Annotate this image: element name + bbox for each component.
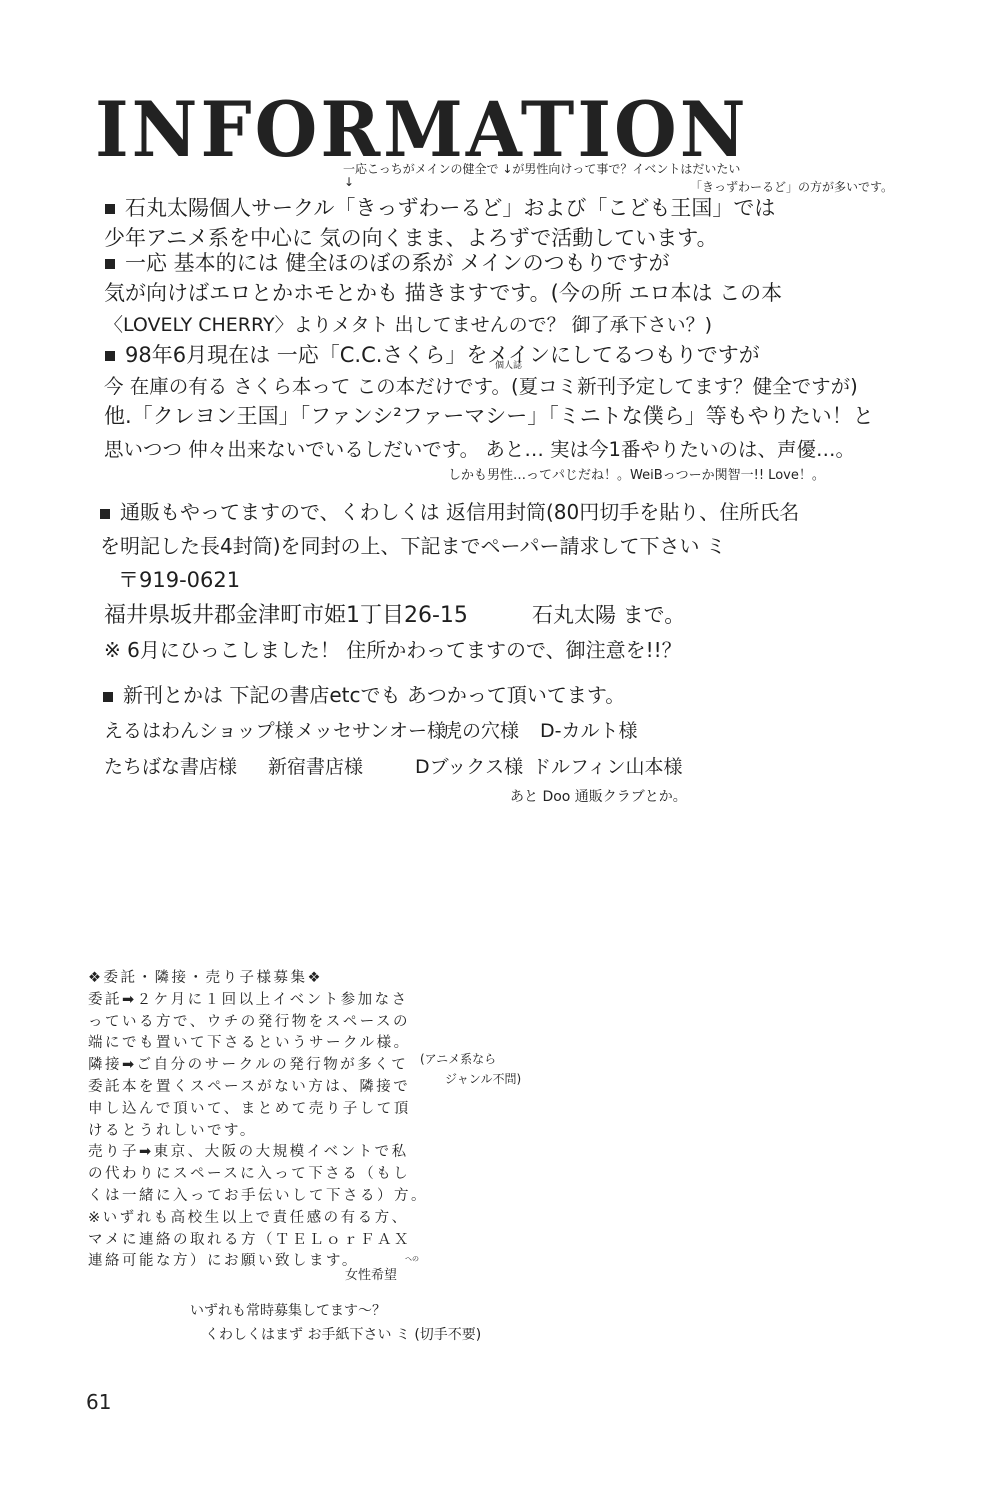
ruby-annotation: 個人誌: [495, 362, 522, 371]
footer-note-2: くわしくはまず お手紙下さい ミ (切手不要): [205, 1324, 481, 1344]
handwritten-note-3: 女性希望: [345, 1264, 397, 1283]
paragraph-1-line-2: 少年アニメ系を中心に 気の向くまま、よろずで活動しています。: [104, 228, 718, 249]
bullet-icon: [105, 204, 115, 214]
paragraph-4-line-1: 通販もやってますので、くわしくは 返信用封筒(80円切手を貼り、住所氏名: [100, 502, 799, 522]
paragraph-2-line-3: 〈LOVELY CHERRY〉よりメタト 出してませんので？ 御了承下さい？): [104, 316, 712, 335]
handwritten-note-2: ジャンル不問): [445, 1070, 521, 1087]
store-5: たちばな書店様: [104, 758, 237, 777]
recruitment-line: くは一緒に入ってお手伝いして下さる）方。: [88, 1186, 428, 1208]
page-title: INFORMATION: [95, 92, 749, 168]
paragraph-4-line-2: を明記した長4封筒)を同封の上、下記までペーパー請求して下さい ミ: [100, 536, 726, 556]
store-1: えるはわんショップ様: [104, 722, 294, 741]
annotation-note-1: 一応こっちがメインの健全で ↓が男性向けって事で？イベントはだいたい: [343, 163, 740, 175]
recruitment-line: 隣接➡ご自分のサークルの発行物が多くて: [88, 1055, 428, 1077]
store-6: 新宿書店様: [268, 758, 363, 777]
address-recipient: 石丸太陽 まで。: [532, 605, 685, 626]
address-notice: ※ 6月にひっこしました！ 住所かわってますので、御注意を!!？: [104, 640, 682, 660]
store-8: ドルフィン山本様: [532, 758, 682, 777]
recruitment-heading: ❖委託・隣接・売り子様募集❖: [88, 968, 428, 990]
recruitment-line: 売り子➡東京、大阪の大規模イベントで私: [88, 1142, 428, 1164]
paragraph-3-line-4: 思いつつ 仲々出来ないでいるしだいです。 あと… 実は今1番やりたいのは、声優……: [104, 440, 855, 460]
annotation-note-2: 「きっずわーるど」の方が多いです。: [690, 181, 893, 193]
bullet-icon: [105, 351, 115, 361]
paragraph-2-line-1: 一応 基本的には 健全ほのぼの系が メインのつもりですが: [105, 253, 670, 274]
recruitment-section: ❖委託・隣接・売り子様募集❖ 委託➡２ケ月に１回以上イベント参加なさ っている方…: [88, 968, 428, 1273]
side-note: しかも男性…ってパじだね！。WeiBっつーか関智一!! Love！。: [448, 469, 825, 482]
paragraph-2-line-2: 気が向けばエロとかホモとかも 描きますです。(今の所 エロ本は この本: [104, 283, 782, 304]
recruitment-line: 委託本を置くスペースがない方は、隣接で: [88, 1077, 428, 1099]
paragraph-1-line-1: 石丸太陽個人サークル「きっずわーるど」および「こども王国」では: [105, 198, 775, 219]
address-line: 福井県坂井郡金津町市姫1丁目26-15: [104, 605, 468, 627]
paragraph-3-line-3: 他.「クレヨン王国」「ファンシ²ファーマシー」「ミニトな僕ら」等もやりたい！と: [104, 406, 874, 427]
recruitment-line: ※いずれも高校生以上で責任感の有る方、: [88, 1208, 428, 1230]
recruitment-line: 委託➡２ケ月に１回以上イベント参加なさ: [88, 990, 428, 1012]
bullet-icon: [100, 509, 110, 519]
handwritten-note-3-ruby: への: [405, 1254, 419, 1264]
recruitment-line: の代わりにスペースに入って下さる（もし: [88, 1164, 428, 1186]
recruitment-line: っている方で、ウチの発行物をスペースの: [88, 1012, 428, 1034]
postal-code: 〒919-0621: [118, 570, 240, 591]
recruitment-line: マメに連絡の取れる方（ＴＥＬｏｒＦＡＸ: [88, 1230, 428, 1252]
footer-note-1: いずれも常時募集してます～？: [190, 1300, 386, 1320]
store-3: 虎の穴様: [443, 722, 519, 741]
store-extra-note: あと Doo 通販クラブとか。: [510, 790, 687, 804]
store-7: Dブックス様: [415, 758, 523, 777]
bullet-icon: [105, 259, 115, 269]
paragraph-5-line-1: 新刊とかは 下記の書店etcでも あつかって頂いてます。: [103, 685, 625, 705]
handwritten-note-1: (アニメ系なら: [420, 1050, 496, 1067]
arrow-down-icon: ↓: [344, 176, 354, 188]
store-4: D-カルト様: [540, 722, 638, 741]
bullet-icon: [103, 692, 113, 702]
store-2: メッセサンオー様: [295, 722, 446, 741]
page-number: 61: [86, 1390, 111, 1414]
paragraph-3-line-1: 98年6月現在は 一応「C.C.さくら」をメインにしてるつもりですが: [105, 345, 760, 366]
recruitment-line: 申し込んで頂いて、まとめて売り子して頂: [88, 1099, 428, 1121]
recruitment-line: 端にでも置いて下さるというサークル様。: [88, 1033, 428, 1055]
recruitment-line: けるとうれしいです。: [88, 1121, 428, 1143]
paragraph-3-line-2: 今 在庫の有る さくら本って この本だけです。(夏コミ新刊予定してます？健全です…: [104, 377, 858, 397]
